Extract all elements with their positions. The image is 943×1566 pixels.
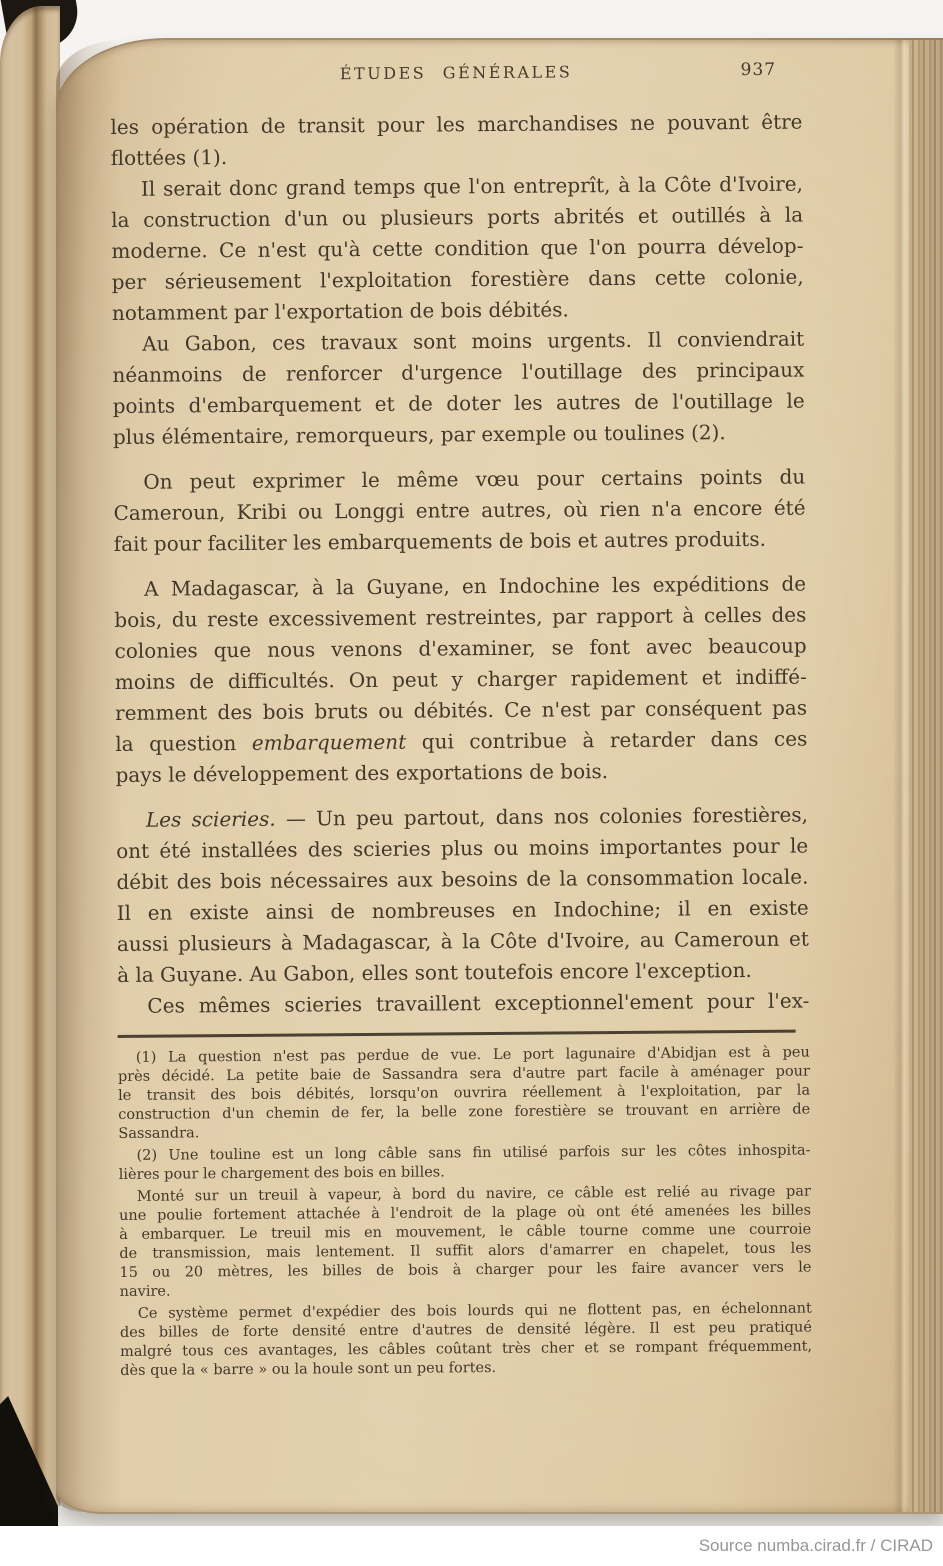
body-paragraphs: les opération de transit pour les marcha… <box>110 107 809 1022</box>
running-header-title: ÉTUDES GÉNÉRALES <box>110 61 802 85</box>
running-header: ÉTUDES GÉNÉRALES 937 <box>110 61 802 90</box>
footnote-paragraph: (1) La question n'est pas perdue de vue.… <box>118 1044 811 1144</box>
text-line: la question embarquement qui contribue à… <box>115 724 807 760</box>
page-edge-striations <box>909 40 943 1512</box>
text-line: lières pour le chargement des bois en bi… <box>119 1161 811 1185</box>
body-paragraph: A Madagascar, à la Guyane, en Indochine … <box>114 569 808 791</box>
facing-page-edge <box>0 6 60 1506</box>
body-paragraph: Les scieries. — Un peu partout, dans nos… <box>116 800 809 991</box>
body-paragraph: les opération de transit pour les marcha… <box>110 107 802 174</box>
body-paragraph: Il serait donc grand temps que l'on entr… <box>111 169 804 329</box>
text-line: les opération de transit pour les marcha… <box>110 107 802 143</box>
page-content: ÉTUDES GÉNÉRALES 937 les opération de tr… <box>110 61 812 1381</box>
book-page: ÉTUDES GÉNÉRALES 937 les opération de tr… <box>56 38 943 1514</box>
body-paragraph: On peut exprimer le même vœu pour certai… <box>113 462 806 560</box>
footnotes: (1) La question n'est pas perdue de vue.… <box>118 1044 813 1381</box>
italic-run: Les scieries. <box>146 807 276 832</box>
footnote-paragraph: (2) Une touline est un long câble sans f… <box>118 1142 810 1185</box>
text-line: plus élémentaire, remorqueurs, par exemp… <box>113 417 805 453</box>
book-photo: ÉTUDES GÉNÉRALES 937 les opération de tr… <box>0 0 943 1526</box>
source-caption-text: Source numba.cirad.fr / CIRAD <box>699 1536 933 1555</box>
text-line: pays le développement des exportations d… <box>115 755 807 791</box>
footnote-paragraph: Monté sur un treuil à vapeur, à bord du … <box>119 1183 812 1302</box>
footnote-paragraph: Ce système permet d'expédier des bois lo… <box>120 1300 813 1381</box>
page-number: 937 <box>741 60 777 80</box>
source-caption-bar: Source numba.cirad.fr / CIRAD <box>0 1526 943 1566</box>
page-crease <box>893 40 909 1512</box>
text-line: per sérieusement l'exploitation forestiè… <box>112 262 804 298</box>
text-line: Ces mêmes scieries travaillent exception… <box>117 986 809 1022</box>
text-line: fait pour faciliter les embarquements de… <box>114 524 806 560</box>
body-paragraph: Ces mêmes scieries travaillent exception… <box>117 986 809 1022</box>
italic-run: embarquement <box>252 730 407 755</box>
footnote-rule <box>118 1030 796 1038</box>
body-paragraph: Au Gabon, ces travaux sont moins urgents… <box>112 324 805 453</box>
text-line: dès que la « barre » ou la houle sont un… <box>120 1357 812 1381</box>
scanned-book-screenshot: ÉTUDES GÉNÉRALES 937 les opération de tr… <box>0 0 943 1566</box>
